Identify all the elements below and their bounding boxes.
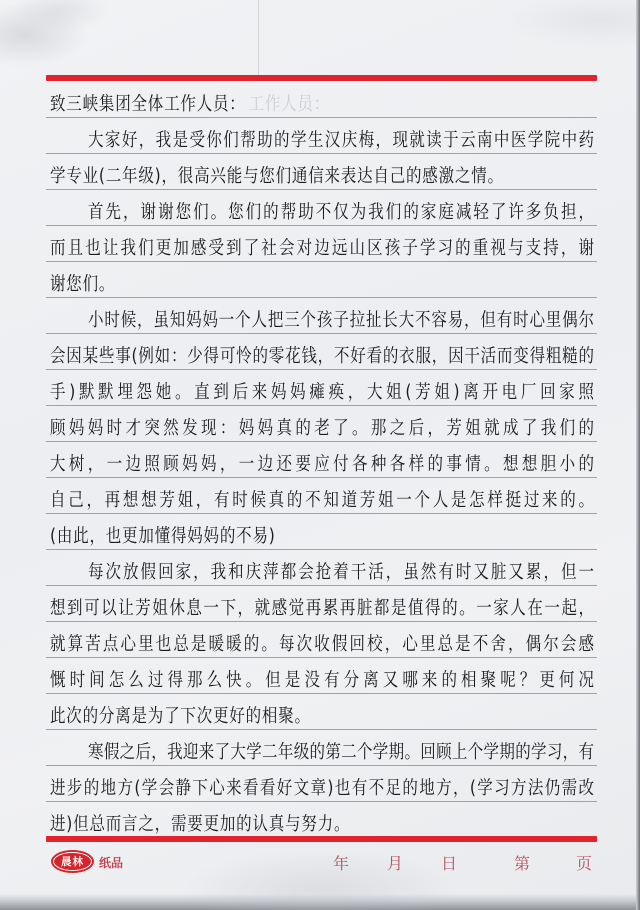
- line-text: 就算苦点心里也总是暖暖的。每次收假回校，心里总是不舍，偶尔会感: [46, 633, 597, 655]
- page-label-prefix: 第: [512, 851, 532, 874]
- letter-line: 想到可以让芳姐休息一下，就感觉再累再脏都是值得的。一家人在一起，: [46, 591, 597, 622]
- letter-line: 首先，谢谢您们。您们的帮助不仅为我们的家庭减轻了许多负担，: [46, 195, 597, 226]
- line-text: 大树，一边照顾妈妈，一边还要应付各种各样的事情。想想胆小的: [46, 453, 597, 475]
- brand-suffix: 纸品: [99, 854, 123, 871]
- letter-line: 寒假之后，我迎来了大学二年级的第二个学期。回顾上个学期的学习，有: [46, 735, 597, 766]
- page-label-suffix: 页: [574, 851, 594, 874]
- letter-line: 每次放假回家，我和庆萍都会抢着干活，虽然有时又脏又累，但一: [46, 555, 597, 586]
- line-text: 此次的分离是为了下次更好的相聚。: [46, 705, 597, 727]
- letter-line: 小时候，虽知妈妈一个人把三个孩子拉扯长大不容易，但有时心里偶尔: [46, 303, 597, 334]
- line-text: 想到可以让芳姐休息一下，就感觉再累再脏都是值得的。一家人在一起，: [46, 597, 597, 619]
- line-text: 会因某些事(例如：少得可怜的零花钱，不好看的衣服，因干活而变得粗糙的: [46, 345, 597, 367]
- letter-line: 谢您们。: [46, 267, 597, 298]
- bottom-red-rule: [46, 836, 597, 842]
- line-text: 进步的地方(学会静下心来看看好文章)也有不足的地方，(学习方法仍需改: [46, 777, 597, 799]
- line-text: 自己，再想想芳姐，有时候真的不知道芳姐一个人是怎样挺过来的。: [46, 489, 597, 511]
- letter-line: 进步的地方(学会静下心来看看好文章)也有不足的地方，(学习方法仍需改: [46, 771, 597, 802]
- line-text: 小时候，虽知妈妈一个人把三个孩子拉扯长大不容易，但有时心里偶尔: [46, 309, 597, 331]
- letter-line: 大树，一边照顾妈妈，一边还要应付各种各样的事情。想想胆小的: [46, 447, 597, 478]
- letter-line: 而且也让我们更加感受到了社会对边远山区孩子学习的重视与支持，谢: [46, 231, 597, 262]
- date-label-year: 年: [331, 851, 351, 874]
- salutation-line: 致三峡集团全体工作人员：工作人员：: [46, 93, 597, 115]
- brand-logo: 晨林: [51, 850, 94, 873]
- salutation: 致三峡集团全体工作人员：: [50, 93, 246, 115]
- line-text: 大家好，我是受你们帮助的学生汉庆梅，现就读于云南中医学院中药: [46, 129, 597, 151]
- line-text: 顾妈妈时才突然发现：妈妈真的老了。那之后，芳姐就成了我们的: [46, 417, 597, 439]
- letter-line: 顾妈妈时才突然发现：妈妈真的老了。那之后，芳姐就成了我们的: [46, 411, 597, 442]
- letter-line: 此次的分离是为了下次更好的相聚。: [46, 699, 597, 730]
- letter-line: (由此，也更加懂得妈妈的不易): [46, 519, 597, 550]
- letter-line: 慨时间怎么过得那么快。但是没有分离又哪来的相聚呢？更何况: [46, 663, 597, 694]
- letter-line: 手)默默埋怨她。直到后来妈妈瘫痪，大姐(芳姐)离开电厂回家照: [46, 375, 597, 406]
- line-text: 手)默默埋怨她。直到后来妈妈瘫痪，大姐(芳姐)离开电厂回家照: [46, 381, 597, 403]
- letter-line: 大家好，我是受你们帮助的学生汉庆梅，现就读于云南中医学院中药: [46, 123, 597, 154]
- line-text: 寒假之后，我迎来了大学二年级的第二个学期。回顾上个学期的学习，有: [46, 741, 597, 763]
- line-text: 每次放假回家，我和庆萍都会抢着干活，虽然有时又脏又累，但一: [46, 561, 597, 583]
- scan-edge-shadow: [636, 0, 640, 910]
- line-text: (由此，也更加懂得妈妈的不易): [46, 525, 597, 547]
- line-text: 谢您们。: [46, 273, 597, 295]
- line-text: 而且也让我们更加感受到了社会对边远山区孩子学习的重视与支持，谢: [46, 237, 597, 259]
- letter-line: 会因某些事(例如：少得可怜的零花钱，不好看的衣服，因干活而变得粗糙的: [46, 339, 597, 370]
- brand-logo-text: 晨林: [61, 854, 84, 869]
- letter-line: 学专业(二年级)，很高兴能与您们通信来表达自己的感激之情。: [46, 159, 597, 190]
- line-text: 慨时间怎么过得那么快。但是没有分离又哪来的相聚呢？更何况: [46, 669, 597, 691]
- date-label-day: 日: [439, 851, 459, 874]
- top-red-rule: [46, 75, 597, 81]
- letter-line: 自己，再想想芳姐，有时候真的不知道芳姐一个人是怎样挺过来的。: [46, 483, 597, 514]
- paper-fold-crease: [258, 0, 259, 75]
- line-text: 进)但总而言之，需要更加的认真与努力。: [46, 813, 597, 835]
- line-text: 学专业(二年级)，很高兴能与您们通信来表达自己的感激之情。: [46, 165, 597, 187]
- erased-text: 工作人员：: [249, 93, 331, 115]
- letter-line: 就算苦点心里也总是暖暖的。每次收假回校，心里总是不舍，偶尔会感: [46, 627, 597, 658]
- date-label-month: 月: [385, 851, 405, 874]
- line-text: 首先，谢谢您们。您们的帮助不仅为我们的家庭减轻了许多负担，: [46, 201, 597, 223]
- letter-line: 进)但总而言之，需要更加的认真与努力。: [46, 807, 597, 837]
- letter-line: 致三峡集团全体工作人员：工作人员：: [46, 87, 597, 118]
